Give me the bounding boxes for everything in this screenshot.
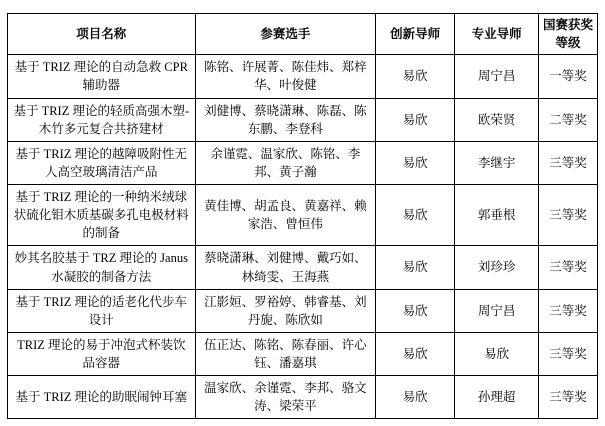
column-header-innovation_mentor: 创新导师: [376, 14, 455, 55]
contestants-cell: 陈铭、许展菁、陈佳炜、郑梓华、叶俊健: [195, 55, 376, 98]
innovation_mentor-cell: 易欣: [376, 141, 455, 184]
professional_mentor-cell: 易欣: [455, 332, 539, 375]
project-cell: 基于 TRIZ 理论的助眠闹钟耳塞: [8, 376, 196, 419]
column-header-professional_mentor: 专业导师: [455, 14, 539, 55]
table-row: 妙其名胶基于 TRZ 理论的 Janus 水凝胶的制备方法蔡晓潇琳、刘健博、戴巧…: [8, 246, 598, 289]
innovation_mentor-cell: 易欣: [376, 246, 455, 289]
project-cell: 基于 TRIZ 理论的越障吸附性无人高空玻璃清洁产品: [8, 141, 196, 184]
project-cell: 基于 TRIZ 理论的一种纳米绒球状硫化钼木质基碳多孔电极材料的制备: [8, 185, 196, 246]
contestants-cell: 江影姮、罗裕婷、韩睿基、刘丹旎、陈欣如: [195, 289, 376, 332]
table-row: 基于 TRIZ 理论的助眠闹钟耳塞温家欣、余谨霓、李邦、骆文涛、梁荣平易欣孙理超…: [8, 376, 598, 419]
table-row: TRIZ 理论的易于冲泡式杯装饮品容器伍正达、陈铭、陈春丽、许心钰、潘嘉琪易欣易…: [8, 332, 598, 375]
contestants-cell: 蔡晓潇琳、刘健博、戴巧如、林绮雯、王海燕: [195, 246, 376, 289]
header-row: 项目名称参赛选手创新导师专业导师国赛获奖等级: [8, 14, 598, 55]
award-cell: 三等奖: [538, 376, 597, 419]
table-body: 基于 TRIZ 理论的自动急救 CPR 辅助器陈铭、许展菁、陈佳炜、郑梓华、叶俊…: [8, 55, 598, 419]
award-cell: 三等奖: [538, 185, 597, 246]
awards-table: 项目名称参赛选手创新导师专业导师国赛获奖等级 基于 TRIZ 理论的自动急救 C…: [7, 13, 598, 419]
professional_mentor-cell: 周宁昌: [455, 55, 539, 98]
document-page: 项目名称参赛选手创新导师专业导师国赛获奖等级 基于 TRIZ 理论的自动急救 C…: [0, 0, 605, 426]
professional_mentor-cell: 欧荣贤: [455, 98, 539, 141]
contestants-cell: 刘健博、蔡晓潇琳、陈磊、陈东鹏、李登科: [195, 98, 376, 141]
table-row: 基于 TRIZ 理论的一种纳米绒球状硫化钼木质基碳多孔电极材料的制备黄佳博、胡孟…: [8, 185, 598, 246]
award-cell: 三等奖: [538, 246, 597, 289]
award-cell: 三等奖: [538, 141, 597, 184]
professional_mentor-cell: 李继宇: [455, 141, 539, 184]
contestants-cell: 余谨霓、温家欣、陈铭、李邦、黄子瀚: [195, 141, 376, 184]
column-header-project: 项目名称: [8, 14, 196, 55]
innovation_mentor-cell: 易欣: [376, 185, 455, 246]
table-row: 基于 TRIZ 理论的自动急救 CPR 辅助器陈铭、许展菁、陈佳炜、郑梓华、叶俊…: [8, 55, 598, 98]
award-cell: 三等奖: [538, 289, 597, 332]
professional_mentor-cell: 郭垂根: [455, 185, 539, 246]
professional_mentor-cell: 周宁昌: [455, 289, 539, 332]
innovation_mentor-cell: 易欣: [376, 376, 455, 419]
contestants-cell: 温家欣、余谨霓、李邦、骆文涛、梁荣平: [195, 376, 376, 419]
award-cell: 三等奖: [538, 332, 597, 375]
table-row: 基于 TRIZ 理论的适老化代步车设计江影姮、罗裕婷、韩睿基、刘丹旎、陈欣如易欣…: [8, 289, 598, 332]
award-cell: 一等奖: [538, 55, 597, 98]
innovation_mentor-cell: 易欣: [376, 98, 455, 141]
table-row: 基于 TRIZ 理论的越障吸附性无人高空玻璃清洁产品余谨霓、温家欣、陈铭、李邦、…: [8, 141, 598, 184]
innovation_mentor-cell: 易欣: [376, 289, 455, 332]
table-header: 项目名称参赛选手创新导师专业导师国赛获奖等级: [8, 14, 598, 55]
project-cell: 妙其名胶基于 TRZ 理论的 Janus 水凝胶的制备方法: [8, 246, 196, 289]
professional_mentor-cell: 孙理超: [455, 376, 539, 419]
professional_mentor-cell: 刘珍珍: [455, 246, 539, 289]
column-header-contestants: 参赛选手: [195, 14, 376, 55]
column-header-award: 国赛获奖等级: [538, 14, 597, 55]
innovation_mentor-cell: 易欣: [376, 332, 455, 375]
contestants-cell: 黄佳博、胡孟良、黄嘉祥、赖家浩、曾恒伟: [195, 185, 376, 246]
project-cell: TRIZ 理论的易于冲泡式杯装饮品容器: [8, 332, 196, 375]
project-cell: 基于 TRIZ 理论的适老化代步车设计: [8, 289, 196, 332]
contestants-cell: 伍正达、陈铭、陈春丽、许心钰、潘嘉琪: [195, 332, 376, 375]
project-cell: 基于 TRIZ 理论的自动急救 CPR 辅助器: [8, 55, 196, 98]
project-cell: 基于 TRIZ 理论的轻质高强木塑-木竹多元复合共挤建材: [8, 98, 196, 141]
innovation_mentor-cell: 易欣: [376, 55, 455, 98]
award-cell: 二等奖: [538, 98, 597, 141]
table-row: 基于 TRIZ 理论的轻质高强木塑-木竹多元复合共挤建材刘健博、蔡晓潇琳、陈磊、…: [8, 98, 598, 141]
